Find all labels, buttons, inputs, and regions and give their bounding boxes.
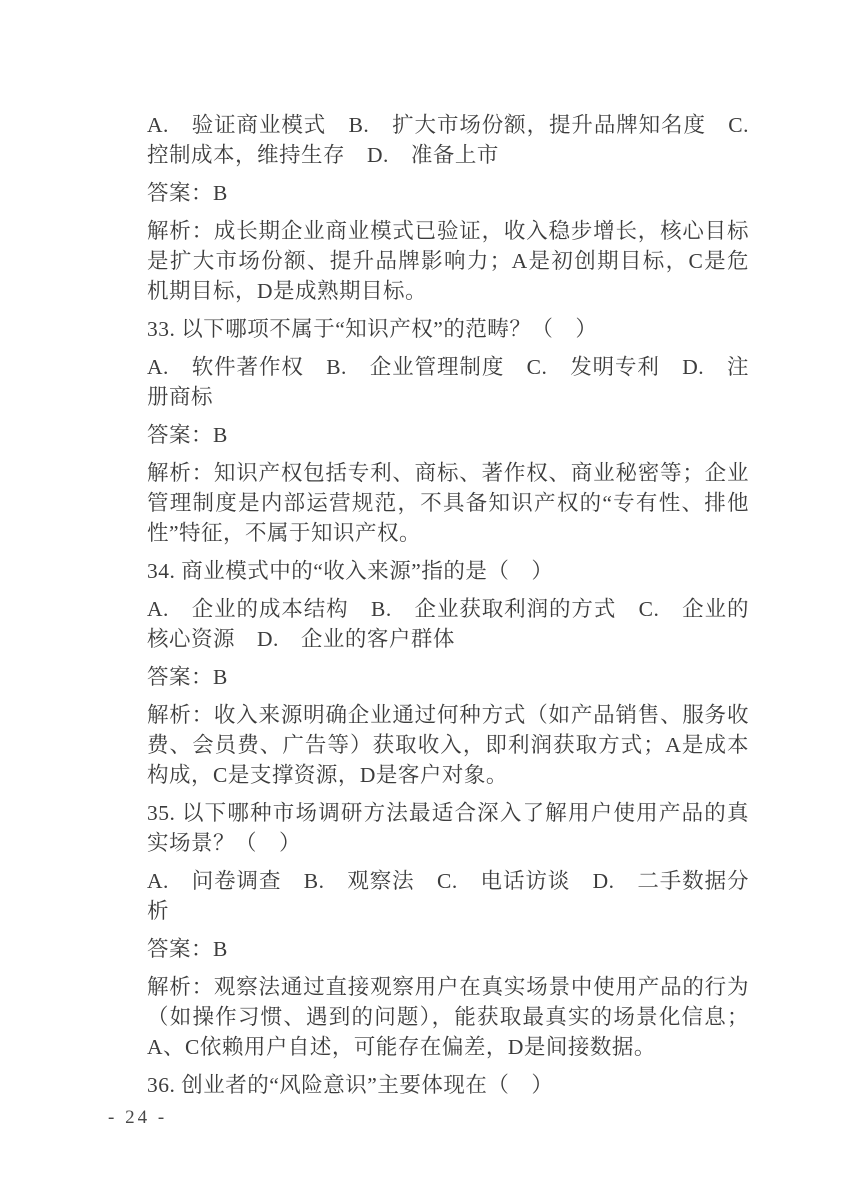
- answer-line: 答案：B: [147, 178, 749, 208]
- analysis-paragraph: 解析：收入来源明确企业通过何种方式（如产品销售、服务收费、会员费、广告等）获取收…: [147, 700, 749, 790]
- question-35: 35. 以下哪种市场调研方法最适合深入了解用户使用产品的真实场景？（ ）: [147, 798, 749, 858]
- answer-line: 答案：B: [147, 662, 749, 692]
- question-33: 33. 以下哪项不属于“知识产权”的范畴？（ ）: [147, 314, 749, 344]
- answer-line: 答案：B: [147, 420, 749, 450]
- analysis-paragraph: 解析：观察法通过直接观察用户在真实场景中使用产品的行为（如操作习惯、遇到的问题）…: [147, 972, 749, 1062]
- analysis-paragraph: 解析：知识产权包括专利、商标、著作权、商业秘密等；企业管理制度是内部运营规范，不…: [147, 458, 749, 548]
- option-list: A. 问卷调查 B. 观察法 C. 电话访谈 D. 二手数据分析: [147, 866, 749, 926]
- option-list: A. 软件著作权 B. 企业管理制度 C. 发明专利 D. 注册商标: [147, 352, 749, 412]
- page-number: - 24 -: [108, 1106, 167, 1130]
- option-list: A. 验证商业模式 B. 扩大市场份额，提升品牌知名度 C. 控制成本，维持生存…: [147, 110, 749, 170]
- question-34: 34. 商业模式中的“收入来源”指的是（ ）: [147, 556, 749, 586]
- document-page: A. 验证商业模式 B. 扩大市场份额，提升品牌知名度 C. 控制成本，维持生存…: [0, 0, 848, 1200]
- option-list: A. 企业的成本结构 B. 企业获取利润的方式 C. 企业的核心资源 D. 企业…: [147, 594, 749, 654]
- question-36: 36. 创业者的“风险意识”主要体现在（ ）: [147, 1070, 749, 1100]
- answer-line: 答案：B: [147, 934, 749, 964]
- page-body-text: A. 验证商业模式 B. 扩大市场份额，提升品牌知名度 C. 控制成本，维持生存…: [147, 110, 749, 1100]
- analysis-paragraph: 解析：成长期企业商业模式已验证，收入稳步增长，核心目标是扩大市场份额、提升品牌影…: [147, 216, 749, 306]
